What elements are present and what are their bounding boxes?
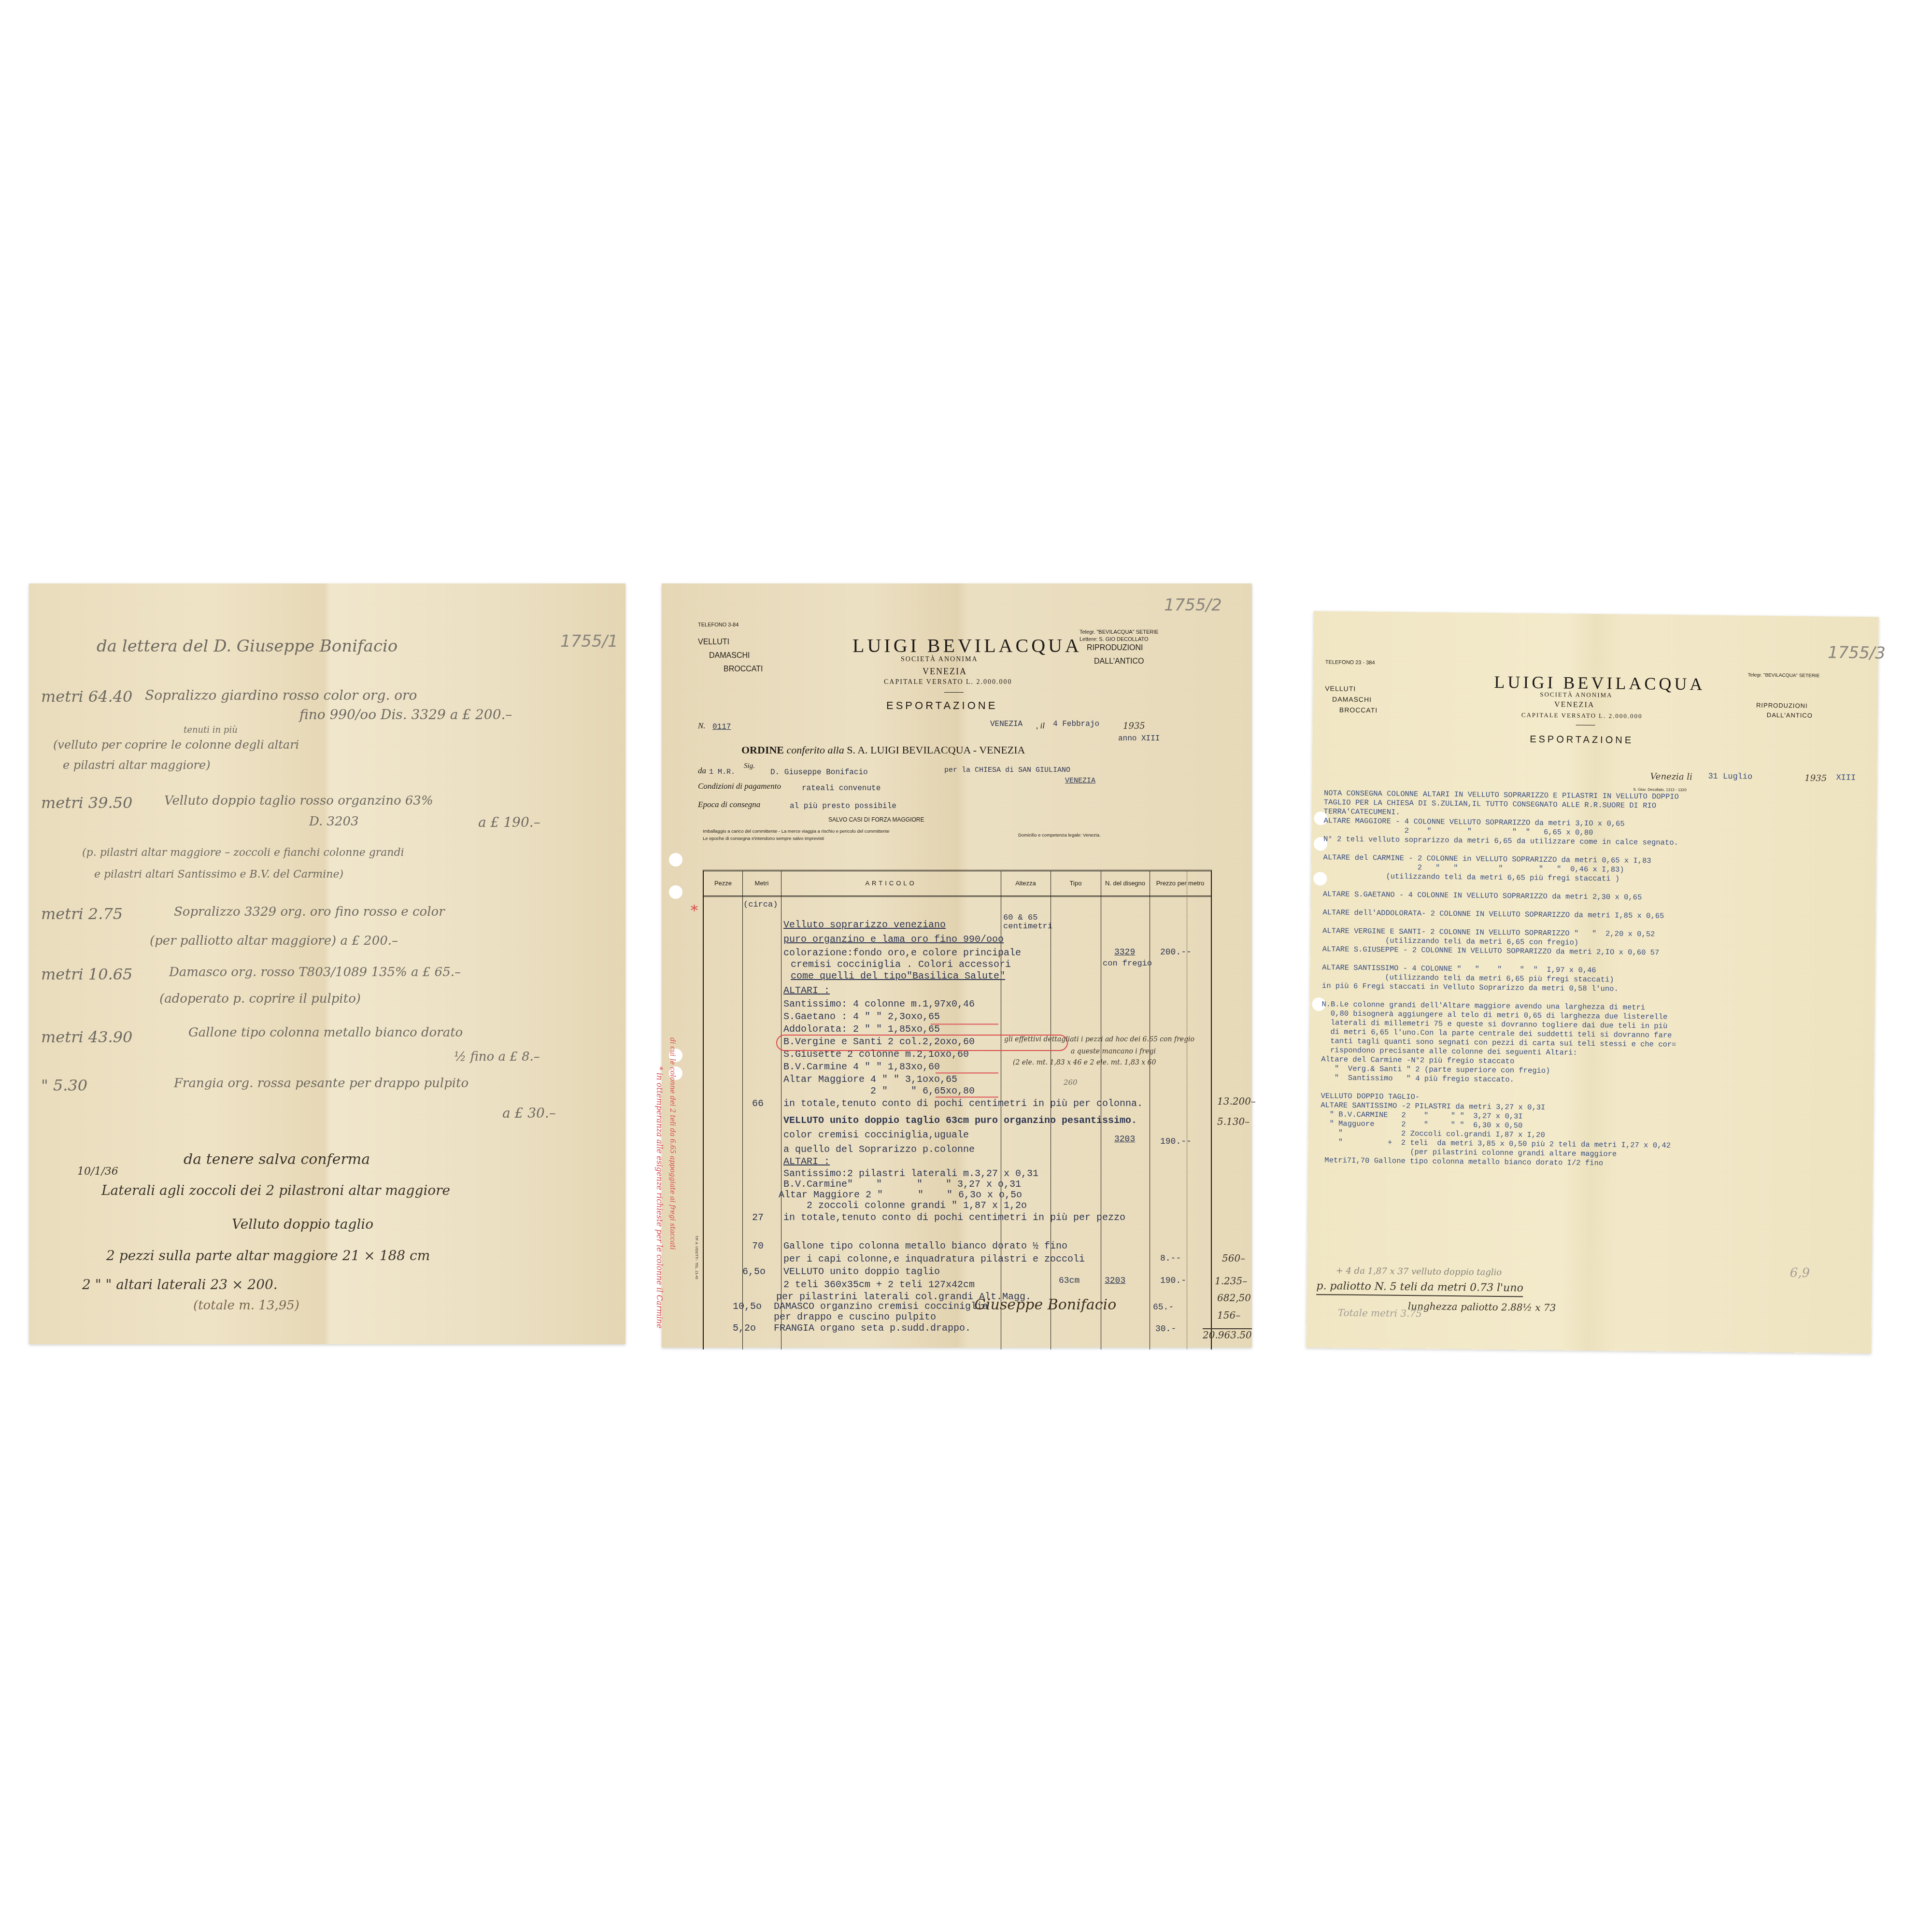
letterhead-telegr: Telegr. "BEVILACQUA" SETERIE — [1080, 629, 1159, 635]
table-row-articolo: in totale,tenuto conto di pochi centimet… — [783, 1212, 1125, 1223]
table-row-prezzo: 190.- — [1160, 1276, 1186, 1286]
table-row-articolo: B.V.Carmine 4 " " 1,83xo,60 — [783, 1062, 940, 1073]
row-amount: 682,50 — [1217, 1292, 1251, 1304]
table-row-articolo: B.V.Carmine" " " " 3,27 x o,31 — [783, 1179, 1021, 1190]
table-row-articolo: VELLUTO unito doppio taglio 63cm puro or… — [783, 1115, 1137, 1126]
archive-number: 1755/1 — [560, 632, 618, 651]
order-number: 0117 — [712, 723, 731, 731]
note-line: (per palliotto altar maggiore) a £ 200.– — [150, 934, 398, 948]
red-margin-note: * in ottemperanza alle esigenze richiest… — [655, 1066, 664, 1328]
table-row-articolo: Altar Maggiore 2 " " " 6,3o x o,5o — [779, 1190, 1022, 1201]
note-qty: metri 64.40 — [41, 687, 132, 706]
da-label: da — [698, 766, 706, 776]
order-date: 4 Febbrajo — [1053, 720, 1099, 728]
letterhead-product: BROCCATI — [724, 665, 763, 674]
date: 31 Luglio — [1708, 772, 1752, 782]
destination-city: VENEZIA — [1065, 777, 1095, 785]
letterhead-riproduzioni: DALL'ANTICO — [1767, 711, 1813, 719]
col-header-articolo: ARTICOLO — [781, 871, 1001, 895]
table-row-articolo: colorazione:fondo oro,e colore principal… — [783, 948, 1021, 959]
order-heading-bold: ORDINE — [741, 744, 784, 756]
table-row-articolo: 2 " " 6,65xo,80 — [783, 1086, 975, 1097]
company-city: VENEZIA — [923, 667, 967, 677]
table-row-articolo: Altar Maggiore 4 " " 3,1oxo,65 — [783, 1074, 957, 1085]
note-line: Frangia org. rossa pesante per drappo pu… — [174, 1076, 469, 1091]
note-line: 2 " " altari laterali 23 × 200. — [82, 1277, 278, 1293]
sig-label: Sig. — [744, 762, 755, 770]
table-row-articolo: ALTARI : — [783, 1156, 830, 1167]
table-row-articolo: VELLUTO unito doppio taglio — [783, 1266, 940, 1278]
table-row-articolo: FRANGIA organo seta p.sudd.drappo. — [774, 1323, 971, 1334]
table-row-prezzo: 65.- — [1153, 1303, 1174, 1312]
note-line: (velluto per coprire le colonne degli al… — [53, 738, 299, 752]
table-row-articolo: 2 zoccoli colonne grandi " 1,87 x 1,2o — [783, 1200, 1027, 1211]
document-page-1-handwritten-note: 1755/1 da lettera del D. Giuseppe Bonifa… — [29, 583, 625, 1344]
pencil-note: gli effettivi dettagliati i pezzi ad hoc… — [1004, 1036, 1194, 1043]
note-confirm: da tenere salva conferma — [184, 1151, 370, 1168]
note-line: Gallone tipo colonna metallo bianco dora… — [188, 1025, 463, 1040]
row-amount: 1.235– — [1215, 1275, 1247, 1287]
letterhead-riproduzioni: RIPRODUZIONI — [1087, 644, 1143, 653]
table-row-disegno-note: con fregio — [1103, 959, 1152, 968]
col-header-tipo: Tipo — [1051, 871, 1101, 895]
col-header-metri: Metri — [742, 871, 781, 895]
table-row-metri: 27 — [752, 1212, 764, 1223]
note-line: e pilastri altari Santissimo e B.V. del … — [94, 868, 343, 881]
payment-terms: rateali convenute — [802, 784, 881, 793]
letterhead-product: BROCCATI — [1339, 706, 1378, 714]
date-place: Venezia li — [1650, 771, 1692, 782]
company-capital: CAPITALE VERSATO L. 2.000.000 — [1521, 711, 1643, 721]
document-page-3-delivery-note: 1755/3 TELEFONO 23 - 384 VELLUTI DAMASCH… — [1306, 611, 1879, 1353]
year: 1935 — [1804, 773, 1827, 783]
note-price: a £ 190.– — [478, 814, 540, 830]
letterhead-product: DAMASCHI — [1332, 695, 1372, 703]
order-place: VENEZIA — [990, 720, 1023, 728]
body-line: ALTARE S.GIUSEPPE - 2 COLONNE IN VELLUTO… — [1322, 945, 1660, 957]
row-amount: 13.200– — [1217, 1095, 1256, 1107]
red-margin-note-2: di cui le colonne dei 2 teli da 6.65 app… — [668, 1037, 676, 1250]
red-asterisk: * — [691, 902, 698, 919]
table-row-metri: (circa) — [743, 900, 778, 909]
body-line: " Santissimo " 4 più fregio staccato. — [1321, 1073, 1514, 1084]
order-era: anno XIII — [1118, 734, 1160, 743]
row-amount: 5.130– — [1217, 1116, 1250, 1127]
handwritten-note: + 4 da 1,87 x 37 velluto doppio taglio — [1336, 1266, 1502, 1278]
order-table: Pezze Metri ARTICOLO Altezza Tipo N. del… — [703, 870, 1212, 1350]
order-date-prefix: , il — [1036, 721, 1045, 731]
divider — [1576, 725, 1595, 725]
body-line: TERRA'CATECUMENI. — [1324, 807, 1400, 817]
table-row-disegno: 3203 — [1114, 1135, 1135, 1144]
letterhead-riproduzioni: DALL'ANTICO — [1094, 657, 1144, 666]
red-note: a queste mancano i fregi — [1071, 1048, 1156, 1055]
order-number-label: N. — [698, 721, 706, 731]
table-row-articolo: in totale,tenuto conto di pochi centimet… — [783, 1098, 1143, 1109]
note-line: Sopralizzo 3329 org. oro fino rosso e co… — [174, 905, 445, 919]
delivery-time: al più presto possibile — [790, 802, 896, 810]
col-header-disegno: N. del disegno — [1101, 871, 1150, 895]
table-row-disegno: 3203 — [1105, 1276, 1125, 1286]
note-qty: metri 43.90 — [41, 1028, 132, 1046]
note-line: (adoperato p. coprire il pulpito) — [159, 992, 361, 1006]
table-row-metri: 6,5o — [742, 1266, 766, 1278]
grand-total: 20.963.50 — [1203, 1328, 1252, 1341]
order-heading: ORDINE conferito alla S. A. LUIGI BEVILA… — [741, 744, 1025, 756]
col-header-pezze: Pezze — [704, 871, 742, 895]
note-line: Damasco org. rosso T803/1089 135% a £ 65… — [169, 965, 461, 980]
table-row-articolo: per drappo e cuscino pulpito — [774, 1312, 936, 1323]
table-row-metri: 70 — [752, 1241, 764, 1252]
table-row-prezzo: 200.-- — [1160, 948, 1192, 957]
body-line: VELLUTO DOPPIO TAGLIO- — [1321, 1092, 1420, 1101]
table-row-articolo: Santissimo:2 pilastri laterali m.3,27 x … — [783, 1168, 1038, 1179]
era: XIII — [1836, 773, 1856, 782]
table-row-articolo: puro organzino e lama oro fino 990/ooo — [783, 934, 1004, 945]
table-row-altezza: 60 & 65 centimetri — [1003, 914, 1056, 931]
table-row-prezzo: 190.-- — [1160, 1137, 1192, 1147]
document-page-2-order-form: 1755/2 TELEFONO 3-84 VELLUTI DAMASCHI BR… — [662, 583, 1252, 1348]
table-row-metri: 5,2o — [733, 1323, 756, 1334]
delivery-note-body: NOTA CONSEGNA COLONNE ALTARI IN VELLUTO … — [1320, 789, 1679, 1169]
letterhead-telefono: TELEFONO 3-84 — [698, 622, 739, 628]
body-line: ALTARE S.GAETANO - 4 COLONNE IN VELLUTO … — [1323, 890, 1642, 902]
postal-stamp: S. Giov. Decollato, 1313 - 1320 — [1633, 787, 1687, 792]
table-row-metri: 66 — [752, 1098, 764, 1109]
note-line: (p. pilastri altar maggiore – zoccoli e … — [82, 847, 404, 859]
table-row-articolo: 2 teli 360x35cm + 2 teli 127x42cm — [783, 1279, 975, 1291]
section-title: ESPORTAZIONE — [886, 699, 997, 712]
body-line: N° 2 teli velluto soprarizzo da metri 6,… — [1323, 835, 1678, 847]
table-row-disegno: 3329 — [1114, 948, 1135, 957]
section-title: ESPORTAZIONE — [1530, 734, 1634, 746]
table-row-articolo: S.Gaetano : 4 " " 2,3oxo,65 — [783, 1011, 940, 1023]
order-heading-rest: S. A. LUIGI BEVILACQUA - VENEZIA — [847, 744, 1025, 756]
company-type: SOCIETÀ ANONIMA — [901, 656, 978, 664]
table-row-articolo: come quelli del tipo"Basilica Salute" — [791, 971, 1005, 982]
body-line: ALTARE dell'ADDOLORATA- 2 COLONNE IN VEL… — [1322, 908, 1664, 920]
table-row-articolo: Santissimo: 4 colonne m.1,97x0,46 — [783, 999, 975, 1010]
note-date: 10/1/36 — [77, 1165, 118, 1178]
note-qty: metri 2.75 — [41, 905, 123, 923]
order-year: 1935 — [1123, 721, 1145, 731]
letterhead-telegr: Telegr. "BEVILACQUA" SETERIE — [1748, 672, 1820, 679]
col-header-prezzo: Prezzo per metro — [1150, 871, 1211, 895]
punch-hole — [669, 853, 682, 867]
note-line: Velluto doppio taglio rosso organzino 63… — [164, 794, 433, 808]
delivery-label: Epoca di consegna — [698, 800, 760, 810]
pencil-note-260: 260 — [1064, 1078, 1078, 1087]
note-price: a £ 30.– — [502, 1105, 556, 1121]
table-row-articolo: DAMASCO organzino cremisi cocciniglia — [774, 1301, 988, 1312]
handwritten-note: 6,9 — [1790, 1265, 1810, 1280]
note-line: Sopralizzo giardino rosso color org. oro — [145, 687, 417, 703]
letterhead-lettere: Lettere: S. GIO DECOLLATO — [1080, 637, 1149, 642]
table-row-articolo: cremisi cocciniglia . Colori accessori — [791, 959, 1011, 970]
table-row-articolo: Gallone tipo colonna metallo bianco dora… — [783, 1241, 1067, 1252]
company-city: VENEZIA — [1554, 700, 1594, 710]
row-amount: 156– — [1217, 1309, 1240, 1321]
note-heading: da lettera del D. Giuseppe Bonifacio — [97, 637, 398, 656]
table-row-articolo: Addolorata: 2 " " 1,85xo,65 — [783, 1024, 940, 1035]
destination: per la CHIESA di SAN GIULIANO — [944, 766, 1070, 774]
table-row-altezza: 63cm — [1059, 1276, 1080, 1286]
company-capital: CAPITALE VERSATO L. 2.000.000 — [884, 679, 1012, 686]
row-amount: 560– — [1222, 1252, 1245, 1264]
letterhead-product: VELLUTI — [698, 638, 729, 647]
col-header-altezza: Altezza — [1001, 871, 1051, 895]
note-insert: tenuti in più — [184, 725, 238, 735]
note-qty: metri 39.50 — [41, 794, 132, 812]
red-note: (2 ele. mt. 1,83 x 46 e 2 ele. mt. 1,83 … — [1013, 1059, 1156, 1066]
table-row-articolo: ALTARI : — [783, 985, 830, 996]
table-row-articolo: Velluto soprarizzo veneziano — [783, 920, 946, 931]
punch-hole — [669, 885, 682, 899]
customer-name: D. Giuseppe Bonifacio — [770, 768, 868, 777]
note-line: 2 pezzi sulla parte altar maggiore 21 × … — [106, 1248, 430, 1264]
note-line: Laterali agli zoccoli dei 2 pilastroni a… — [101, 1182, 450, 1198]
archive-number: 1755/3 — [1828, 643, 1886, 663]
note-line: D. 3203 — [309, 814, 359, 829]
note-line: e pilastri altar maggiore) — [63, 758, 211, 772]
company-name: LUIGI BEVILACQUA — [852, 634, 1082, 657]
note-line: ½ fino a £ 8.– — [454, 1050, 540, 1064]
order-heading-italic: conferito alla — [787, 744, 844, 756]
handwritten-note: p. paliotto N. 5 teli da metri 0.73 l'un… — [1316, 1280, 1523, 1297]
force-majeure: SALVO CASI DI FORZA MAGGIORE — [828, 816, 924, 823]
company-type: SOCIETÀ ANONIMA — [1540, 691, 1612, 699]
note-qty: " 5.30 — [41, 1076, 87, 1094]
note-line: Velluto doppio taglio — [232, 1216, 373, 1232]
archive-number: 1755/2 — [1164, 596, 1222, 615]
note-qty: metri 10.65 — [41, 965, 132, 983]
table-row-articolo: a quello del Soprarizzo p.colonne — [783, 1144, 975, 1155]
printer-mark: TIP. A. VIDOTTI - TEL. 21-40 — [695, 1236, 698, 1279]
note-line: fino 990/oo Dis. 3329 a £ 200.– — [299, 707, 512, 723]
handwritten-note: lunghezza paliotto 2.88½ x 73 — [1408, 1300, 1556, 1313]
letterhead-telefono: TELEFONO 23 - 384 — [1325, 659, 1375, 666]
da-prefix: 1 M.R. — [709, 768, 735, 776]
table-row-articolo: color cremisi cocciniglia,uguale — [783, 1130, 969, 1141]
letterhead-riproduzioni: RIPRODUZIONI — [1756, 702, 1808, 710]
divider — [944, 692, 964, 693]
payment-label: Condizioni di pagamento — [698, 781, 781, 791]
letterhead-product: VELLUTI — [1325, 684, 1356, 693]
handwritten-total: Totale metri 3.75 — [1338, 1307, 1422, 1320]
terms-line-1: Imballaggio a carico del committente - L… — [703, 829, 890, 834]
table-row-prezzo: 8.-- — [1160, 1254, 1181, 1264]
letterhead-product: DAMASCHI — [709, 652, 750, 660]
table-row-metri: 10,5o — [733, 1301, 762, 1312]
table-row-prezzo: 30.- — [1155, 1324, 1176, 1334]
terms-line-2: Le epoche di consegna s'intendono sempre… — [703, 836, 824, 841]
table-row-articolo: per i capi colonne,e inquadratura pilast… — [783, 1254, 1085, 1265]
note-total: (totale m. 13,95) — [193, 1298, 299, 1313]
signature: Giuseppe Bonifacio — [974, 1296, 1116, 1313]
domicile: Domicilio e competenza legale: Venezia. — [1018, 833, 1101, 838]
